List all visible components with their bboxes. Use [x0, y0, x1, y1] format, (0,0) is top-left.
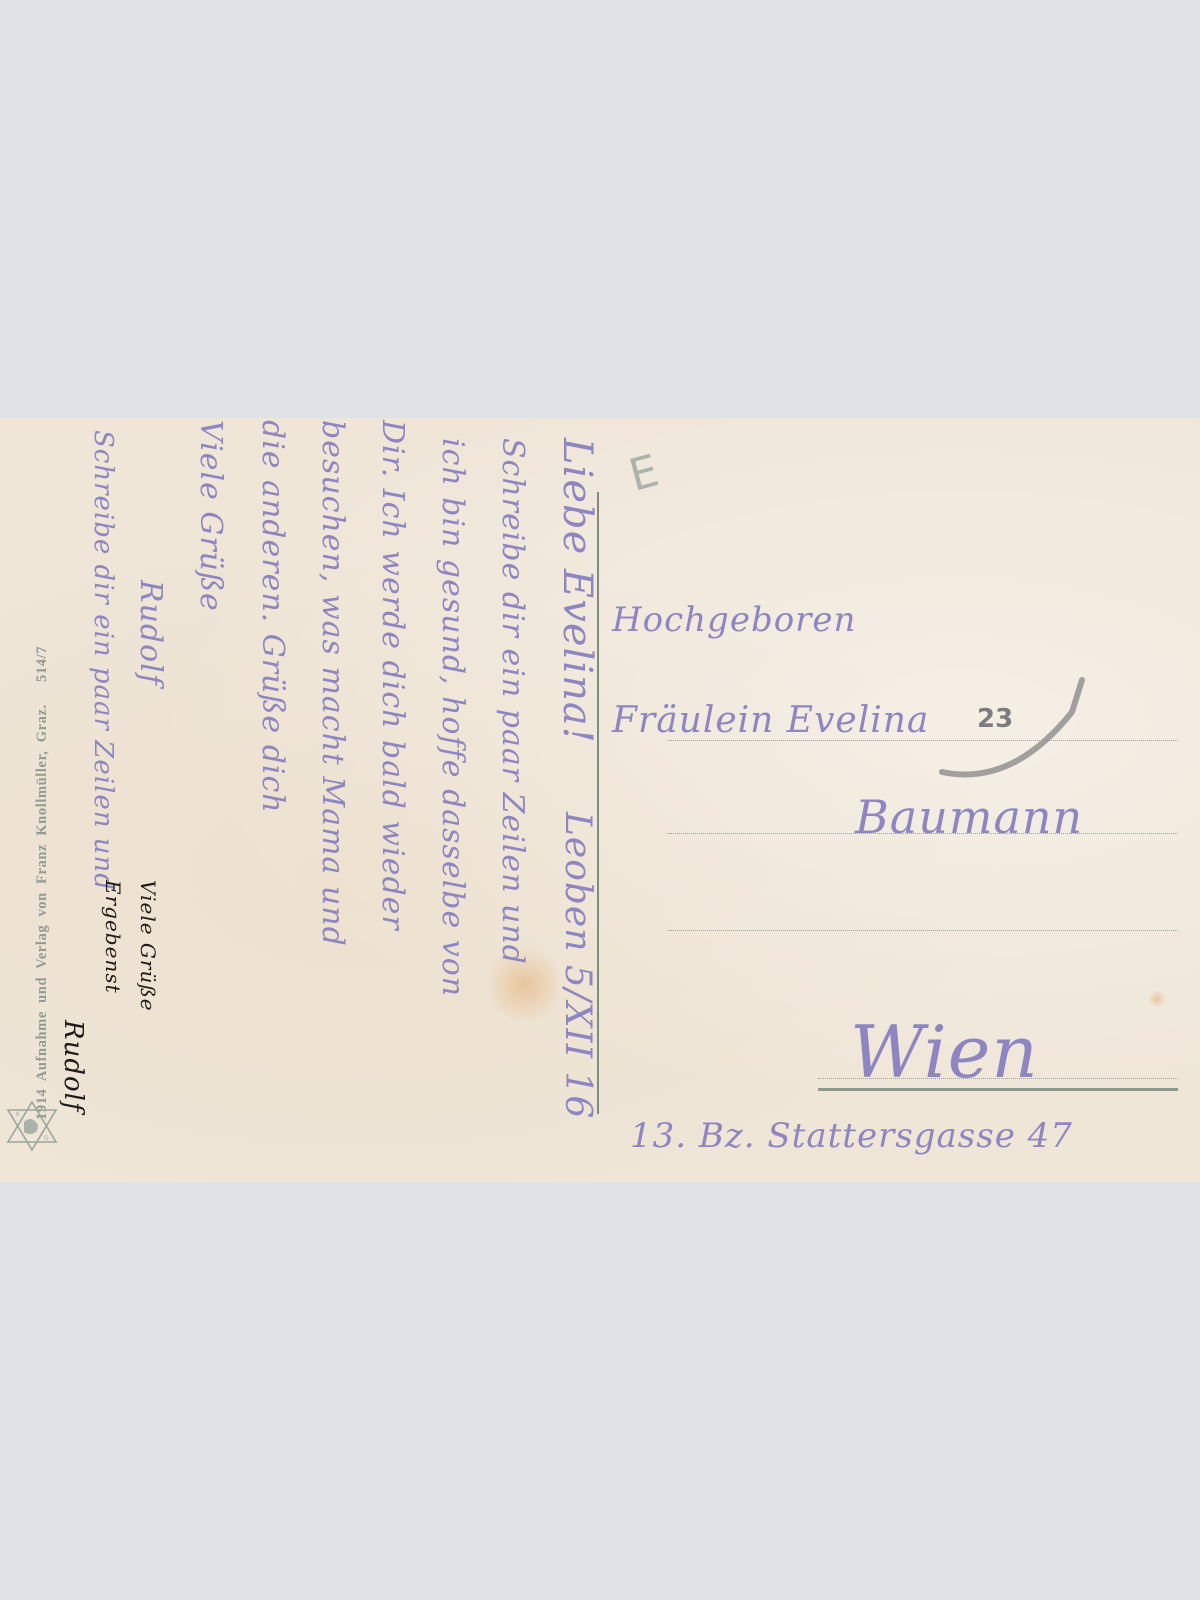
- imprint-text: Aufnahme und Verlag von Franz Knollmülle…: [34, 704, 50, 1081]
- hexagram-lion-emblem-icon: K G: [4, 1100, 60, 1152]
- message-line: Dir. Ich werde dich bald wieder: [375, 420, 410, 931]
- imprint-number: 514/7: [34, 646, 50, 682]
- message-line: besuchen, was macht Mama und: [315, 420, 350, 947]
- message-line: die anderen. Grüße dich: [255, 420, 290, 814]
- message-line: Rudolf: [133, 580, 168, 686]
- message-line: Schreibe dir ein paar Zeilen und: [495, 438, 530, 965]
- svg-text:G: G: [44, 1135, 49, 1142]
- signature-line: Ergebenst: [101, 880, 125, 994]
- message-line: ich bin gesund, hoffe dasselbe von: [435, 438, 470, 997]
- address-recipient-last: Baumann: [855, 790, 1083, 844]
- message-line: Schreibe dir ein paar Zeilen und: [88, 430, 118, 891]
- address-line-3: [668, 930, 1178, 931]
- postmark-stamp-icon: 23: [922, 672, 1102, 782]
- signature-name: Rudolf: [58, 1020, 88, 1113]
- svg-text:K: K: [16, 1111, 21, 1118]
- publisher-imprint: 1914 Aufnahme und Verlag von Franz Knoll…: [34, 646, 51, 1120]
- address-line-city: [818, 1088, 1178, 1091]
- address-city: Wien: [850, 1010, 1039, 1094]
- address-salutation: Hochgeboren: [612, 600, 856, 640]
- signature-line: Viele Grüße: [136, 880, 160, 1012]
- message-line: Viele Grüße: [193, 420, 228, 612]
- address-recipient-first: Fräulein Evelina: [612, 700, 929, 741]
- address-street: 13. Bz. Stattersgasse 47: [630, 1116, 1073, 1156]
- address-line-2: [668, 833, 1178, 834]
- message-line: Liebe Evelina!: [554, 438, 600, 744]
- address-line-4: [818, 1078, 1178, 1079]
- message-date: Leoben 5/XII 16: [557, 812, 598, 1119]
- svg-text:23: 23: [977, 704, 1013, 734]
- foxing-stain: [1148, 990, 1166, 1008]
